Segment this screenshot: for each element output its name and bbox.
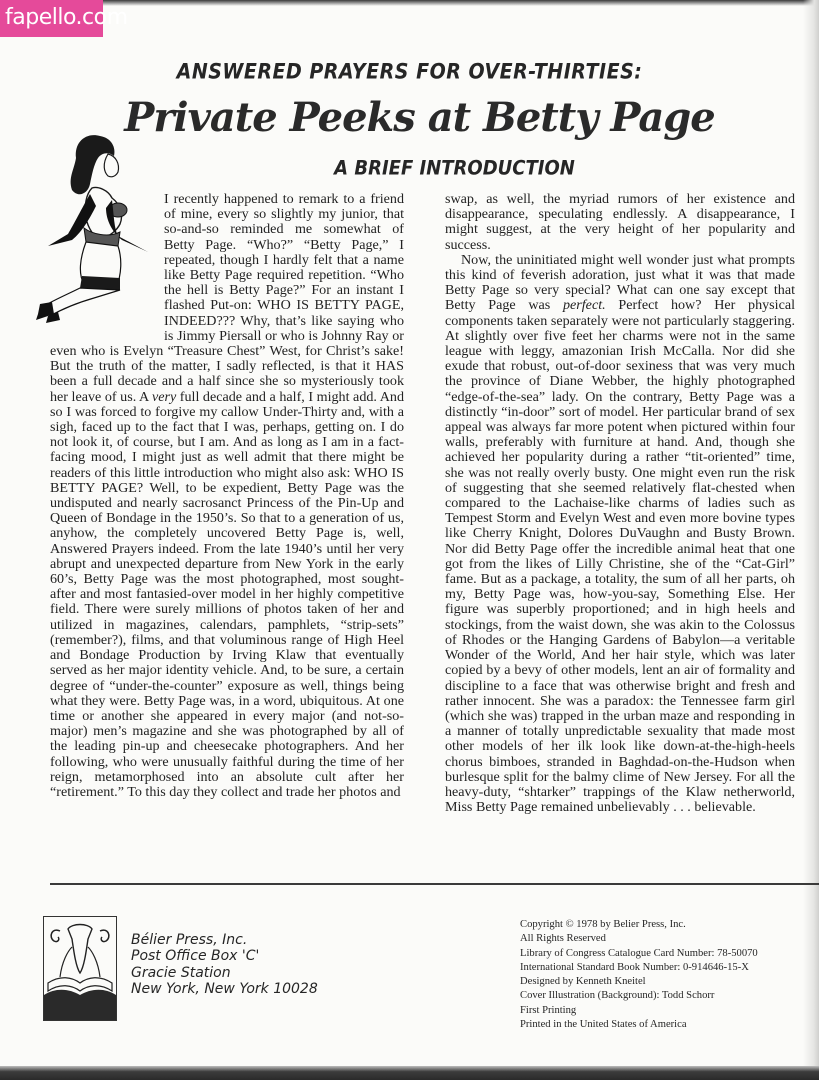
article-column-right: swap, as well, the myriad rumors of her … xyxy=(445,192,795,815)
credit-line: Cover Illustration (Background): Todd Sc… xyxy=(520,989,758,1003)
credit-line: Copyright © 1978 by Belier Press, Inc. xyxy=(520,918,758,932)
ram-head-book-logo-icon xyxy=(43,916,117,1021)
copyright-credits: Copyright © 1978 by Belier Press, Inc. A… xyxy=(520,918,758,1032)
publisher-city: New York, New York 10028 xyxy=(131,981,318,997)
page-edge-shadow-bottom xyxy=(0,1066,819,1080)
illustration-wrap-space xyxy=(50,192,164,343)
credit-line: All Rights Reserved xyxy=(520,932,758,946)
publisher-po-box: Post Office Box 'C' xyxy=(131,948,318,964)
credit-line: Library of Congress Catalogue Card Numbe… xyxy=(520,947,758,961)
paragraph-text: Perfect how? Her physical components tak… xyxy=(445,297,795,815)
header-kicker: ANSWERED PRAYERS FOR OVER-THIRTIES: xyxy=(0,60,819,84)
credit-line: Designed by Kenneth Kneitel xyxy=(520,975,758,989)
credit-line: International Standard Book Number: 0-91… xyxy=(520,961,758,975)
emphasis-text: very xyxy=(152,389,176,405)
credit-line: First Printing xyxy=(520,1004,758,1018)
article-paragraph: swap, as well, the myriad rumors of her … xyxy=(445,192,795,253)
publisher-name: Bélier Press, Inc. xyxy=(131,932,318,948)
emphasis-text: perfect. xyxy=(563,297,606,313)
article-column-left: I recently happened to remark to a frien… xyxy=(50,192,404,800)
publisher-station: Gracie Station xyxy=(131,965,318,981)
publisher-address: Bélier Press, Inc. Post Office Box 'C' G… xyxy=(131,932,318,997)
footer-divider xyxy=(50,883,819,885)
watermark-badge: fapello.com xyxy=(0,0,103,37)
article-paragraph: Now, the uninitiated might well wonder j… xyxy=(445,253,795,816)
credit-line: Printed in the United States of America xyxy=(520,1018,758,1032)
paragraph-text: full decade and a half, I might add. And… xyxy=(50,389,404,800)
